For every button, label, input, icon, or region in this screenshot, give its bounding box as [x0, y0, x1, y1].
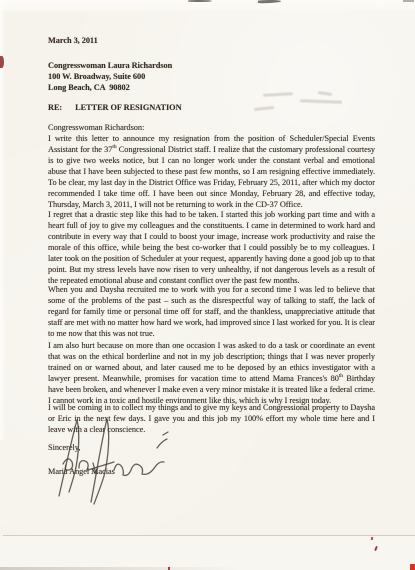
recipient-address-block: Congresswoman Laura Richardson 100 W. Br… [48, 60, 375, 93]
recipient-street: 100 W. Broadway, Suite 600 [48, 71, 375, 82]
paragraph-text: When you and Daysha recruited me to work… [48, 284, 375, 339]
scan-smudge [188, 0, 212, 2]
red-corner-mark [410, 564, 415, 570]
re-line: RE:LETTER OF RESIGNATION [48, 102, 375, 113]
re-label: RE: [48, 103, 62, 112]
salutation: Congresswoman Richardson: [48, 122, 375, 133]
red-ink-mark [0, 56, 4, 68]
letter-date: March 3, 2011 [48, 35, 375, 46]
page-bottom-area [0, 536, 415, 570]
re-subject: LETTER OF RESIGNATION [75, 103, 181, 112]
handwritten-signature-icon [44, 414, 189, 506]
page-edge-line [3, 535, 415, 536]
recipient-name: Congresswoman Laura Richardson [48, 60, 375, 71]
body-paragraph-3: When you and Daysha recruited me to work… [48, 284, 375, 339]
body-paragraph-1: I write this letter to announce my resig… [48, 133, 375, 210]
body-paragraph-2: I regret that a drastic step like this h… [48, 209, 375, 286]
paragraph-text: Congressional District staff. I realize … [48, 145, 375, 209]
recipient-city: Long Beach, CA 90802 [48, 82, 375, 93]
paragraph-text: I am also hurt because on more than one … [48, 341, 375, 383]
body-paragraph-4: I am also hurt because on more than one … [48, 340, 375, 406]
paragraph-text: I regret that a drastic step like this h… [48, 209, 375, 286]
scan-smudge [403, 0, 414, 2]
scanned-letter: { "letter": { "date": "March 3, 2011", "… [0, 0, 415, 570]
